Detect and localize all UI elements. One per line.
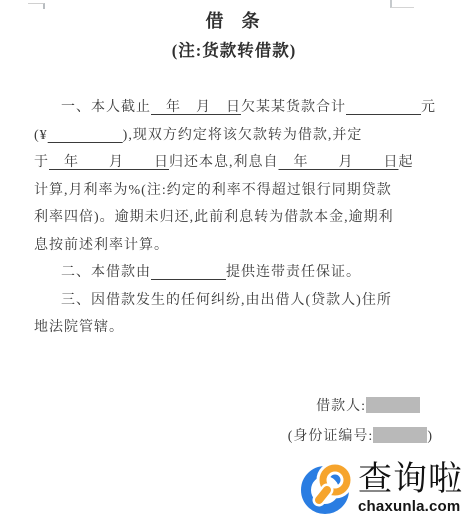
clause1-line3: 于 年 月 日归还本息,利息自 年 月 日起 [34, 149, 434, 177]
blank-guarantor [151, 265, 226, 280]
clause1-line6: 息按前述利率计算。 [34, 232, 434, 260]
magnifier-logo-icon [300, 459, 356, 517]
blank-amount-cny [346, 100, 421, 115]
blank-repay-date: 年 月 日 [49, 155, 169, 170]
document-subtitle: (注:货款转借款) [34, 36, 434, 66]
margin-crop-mark-left [28, 3, 45, 9]
clause1-line1: 一、本人截止 年 月 日欠某某货款合计 元 [34, 94, 434, 122]
blank-amount-figure [48, 128, 123, 143]
clause1-line2: (¥ ),现双方约定将该欠款转为借款,并定 [34, 122, 434, 150]
clause3-line2: 地法院管辖。 [34, 314, 434, 342]
signature-block: 借款人: (身份证编号:) [34, 392, 434, 452]
clause1-line4: 计算,月利率为%(注:约定的利率不得超过银行同期贷款 [34, 177, 434, 205]
borrower-name-redacted [366, 397, 420, 413]
document-page: 借 条 (注:货款转借款) 一、本人截止 年 月 日欠某某货款合计 元 (¥ )… [0, 0, 468, 528]
chaxunla-watermark: 查询啦 chaxunla.com [300, 459, 463, 517]
document-body: 一、本人截止 年 月 日欠某某货款合计 元 (¥ ),现双方约定将该欠款转为借款… [34, 94, 434, 342]
id-number-redacted [373, 427, 427, 443]
clause3-line1: 三、因借款发生的任何纠纷,由出借人(贷款人)住所 [34, 287, 434, 315]
margin-crop-mark-right [390, 0, 414, 8]
document-title: 借 条 [34, 8, 434, 34]
id-number-line: (身份证编号:) [34, 422, 434, 452]
clause1-line5: 利率四倍)。逾期未归还,此前利息转为借款本金,逾期利 [34, 204, 434, 232]
iou-document: 借 条 (注:货款转借款) 一、本人截止 年 月 日欠某某货款合计 元 (¥ )… [0, 0, 468, 452]
clause2-line1: 二、本借款由 提供连带责任保证。 [34, 259, 434, 287]
blank-interest-start-date: 年 月 日 [279, 155, 399, 170]
brand-text: 查询啦 chaxunla.com [358, 462, 463, 515]
blank-date-owed: 年 月 日 [151, 100, 241, 115]
brand-name: 查询啦 [358, 462, 463, 498]
borrower-line: 借款人: [34, 392, 434, 422]
brand-domain: chaxunla.com [358, 498, 463, 515]
